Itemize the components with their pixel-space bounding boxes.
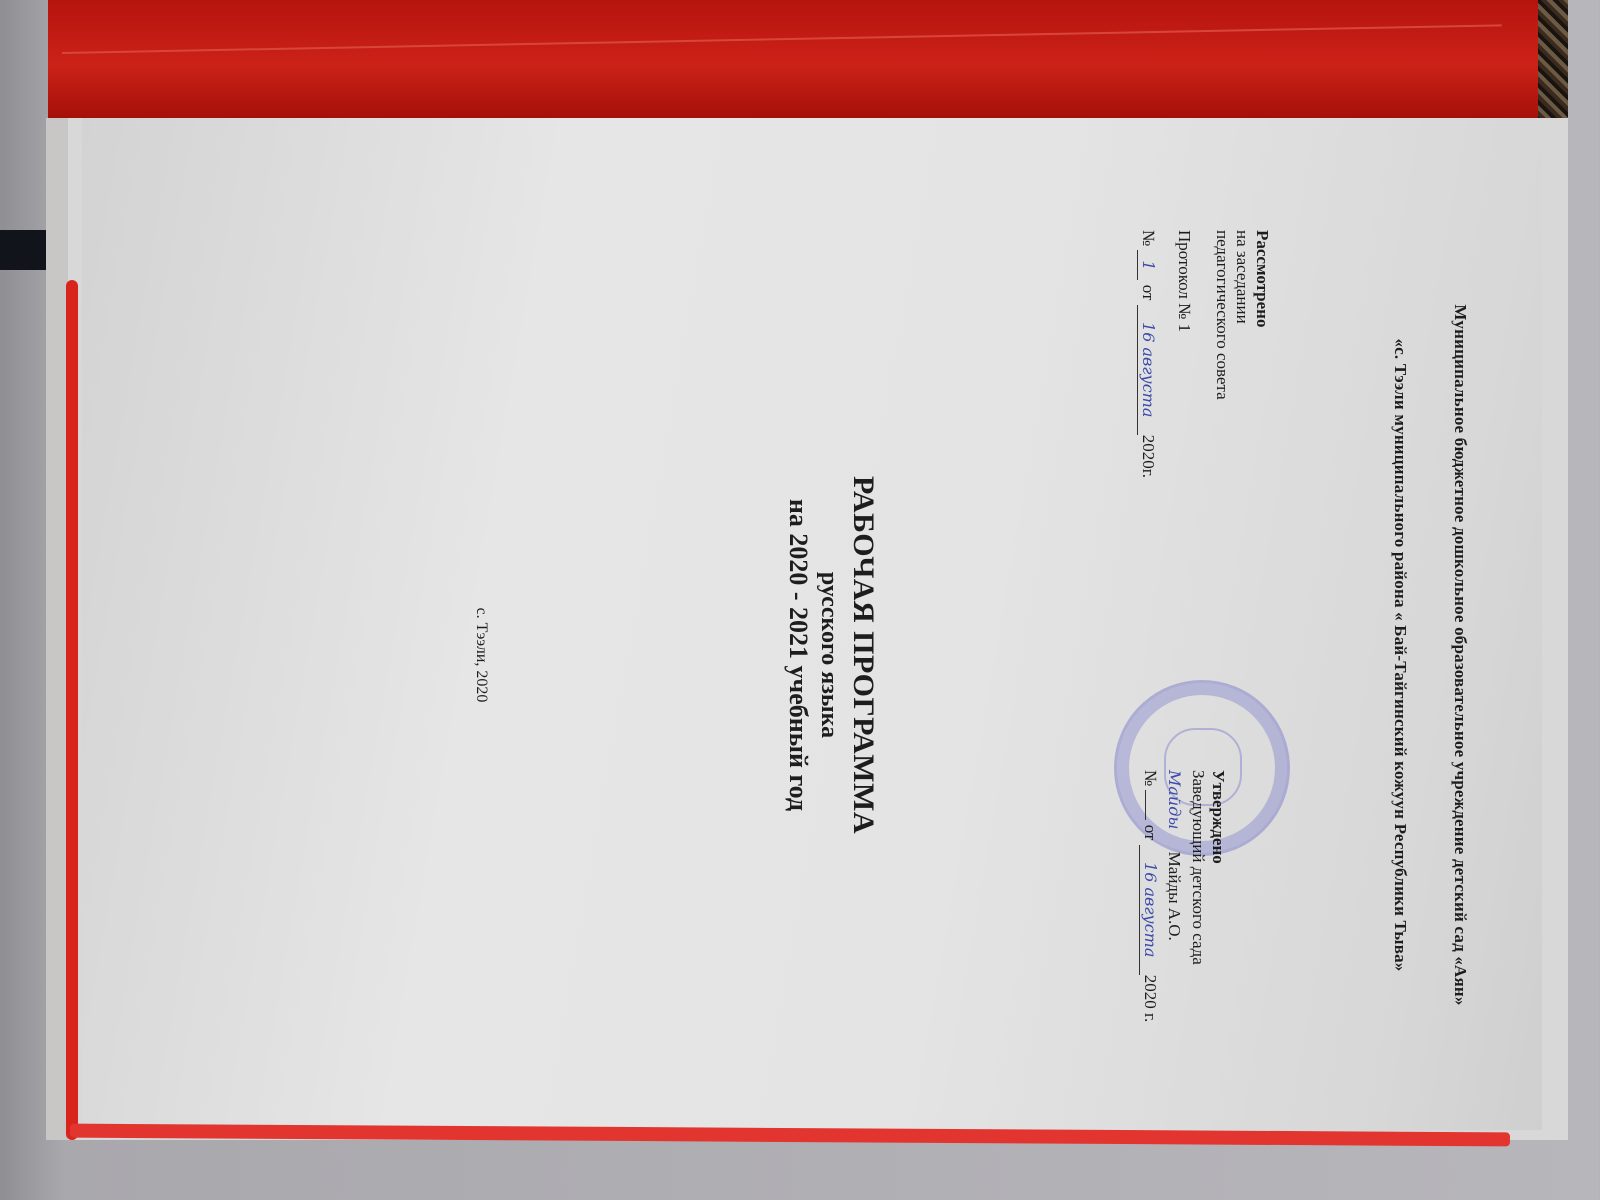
title-block: РАБОЧАЯ ПРОГРАММА русского языка на 2020… (783, 230, 880, 1080)
place-and-year: с. Тээли, 2020 (472, 230, 490, 1080)
handwritten-number: 1 (1139, 260, 1158, 270)
date-prefix: от (1139, 285, 1158, 301)
approved-year: 2020 г. (1141, 975, 1160, 1023)
approved-line1: Заведующий детского сада (1188, 770, 1208, 1022)
reviewed-year: 2020г. (1139, 435, 1158, 478)
protocol-label: Протокол № 1 (1174, 230, 1194, 478)
organization-district: «с. Тээли муниципального района « Бай-Та… (1390, 230, 1410, 1080)
reviewed-line2: педагогического совета (1212, 230, 1232, 478)
reviewed-number-date: № 1 от 16 августа 2020г. (1137, 230, 1158, 478)
handwritten-date: 16 августа (1141, 862, 1160, 957)
page-content: Муниципальное бюджетное дошкольное образ… (230, 150, 1490, 1090)
document-subject: русского языка (815, 230, 842, 1080)
number-prefix: № (1141, 770, 1160, 786)
reviewed-line1: на заседании (1232, 230, 1252, 478)
approved-name: Майды А.О. (1165, 852, 1184, 941)
reviewed-block: Рассмотрено на заседании педагогического… (1137, 230, 1272, 478)
approved-block: Утверждено Заведующий детского сада Майд… (1139, 770, 1228, 1022)
number-prefix: № (1139, 230, 1158, 246)
reviewed-heading: Рассмотрено (1252, 230, 1272, 478)
folder-top-flap (48, 0, 1538, 119)
document-title: РАБОЧАЯ ПРОГРАММА (846, 230, 880, 1080)
handwritten-date: 16 августа (1139, 322, 1158, 417)
folder-edge-left (66, 280, 78, 1140)
date-prefix: от (1141, 825, 1160, 841)
approved-heading: Утверждено (1208, 770, 1228, 1022)
approved-number-date: № от 16 августа 2020 г. (1139, 770, 1160, 1022)
organization-name: Муниципальное бюджетное дошкольное образ… (1450, 230, 1470, 1080)
document-period: на 2020 - 2021 учебный год (783, 230, 813, 1080)
signature: Майды (1165, 770, 1184, 829)
